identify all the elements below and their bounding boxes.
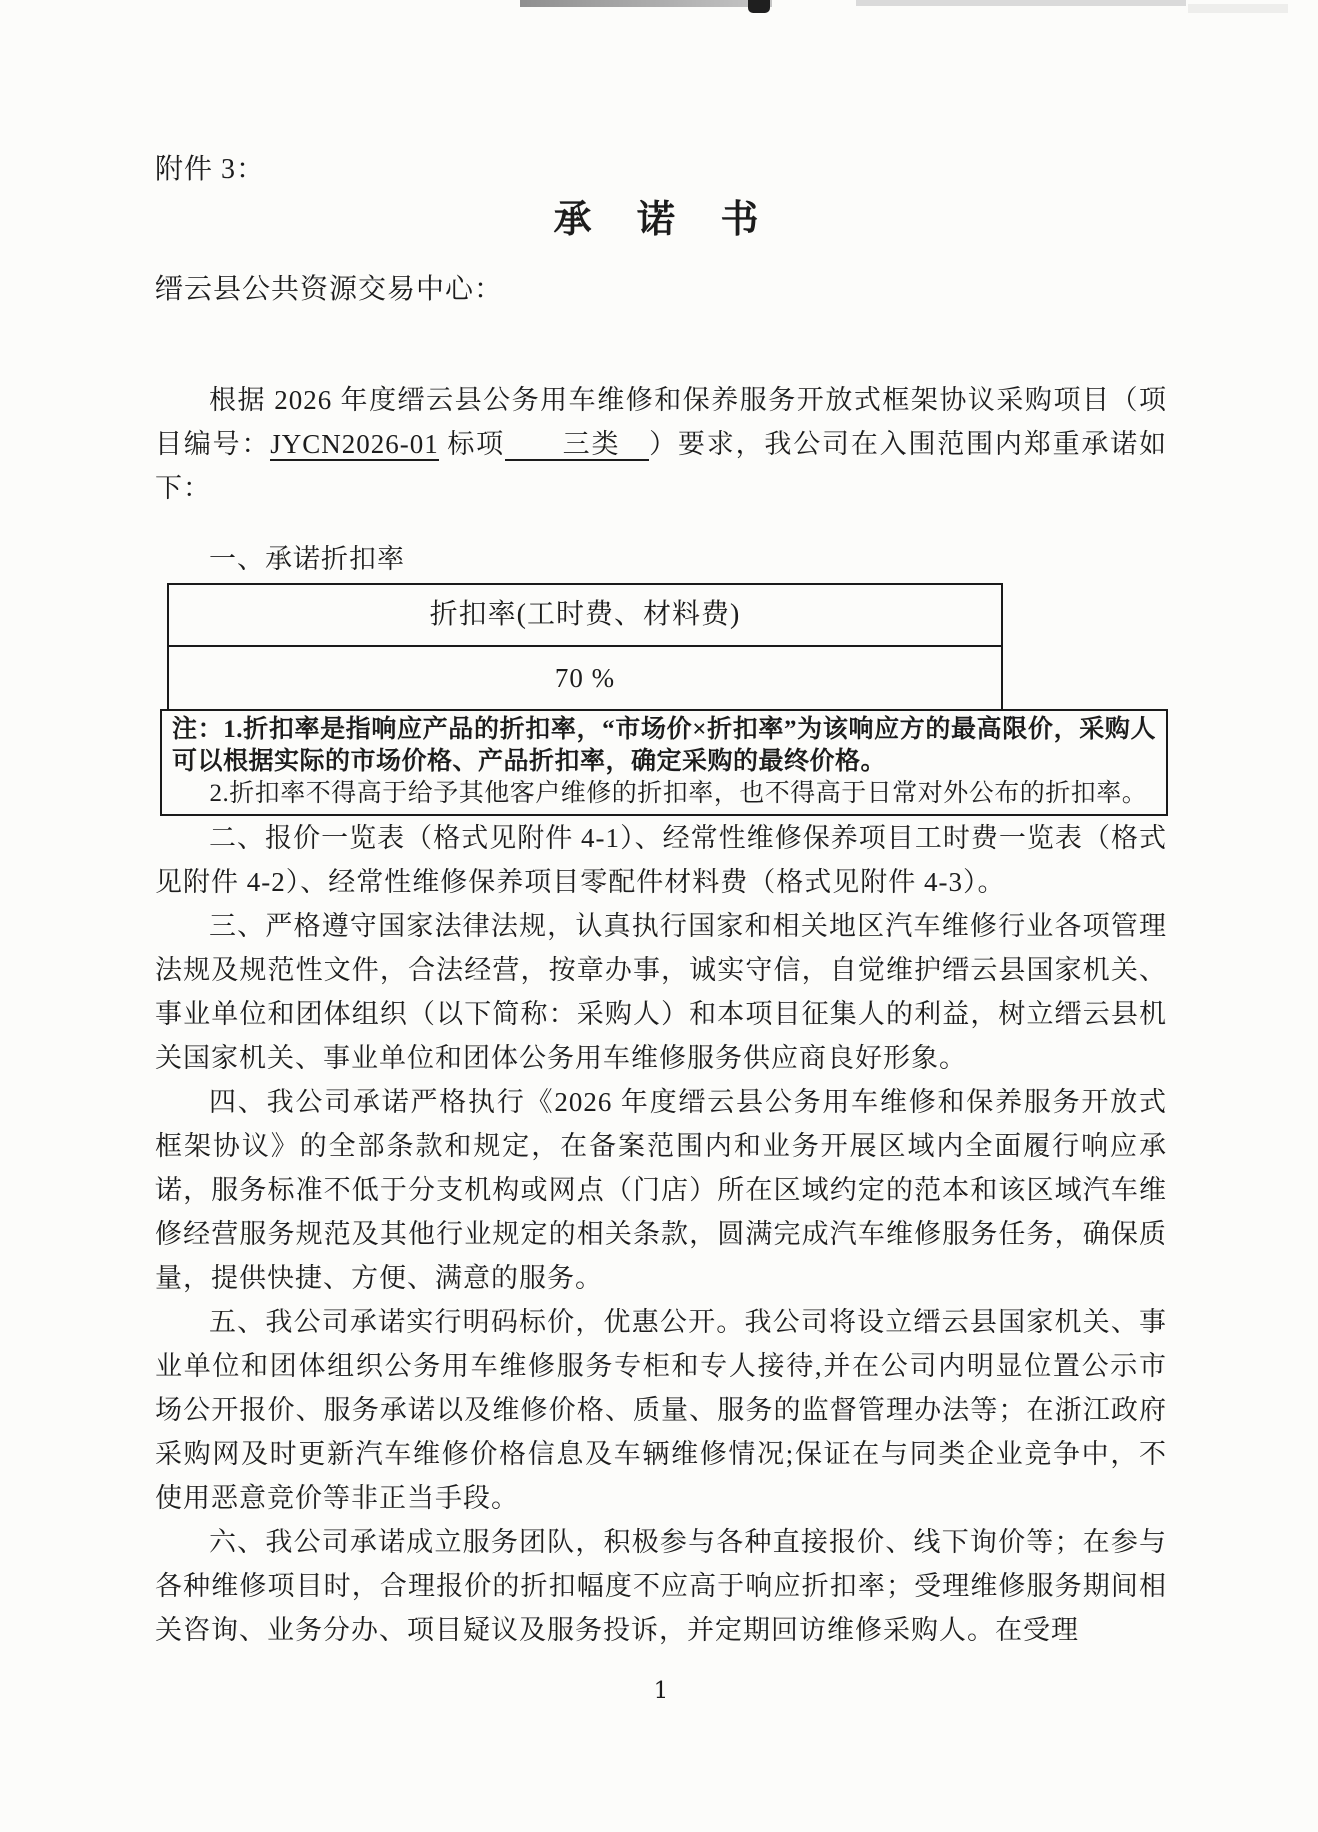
addressee-line: 缙云县公共资源交易中心： — [155, 268, 1167, 312]
section-heading-discount-rate: 一、承诺折扣率 — [155, 537, 1167, 581]
page-title: 承 诺 书 — [155, 192, 1167, 248]
scan-artifact-strip — [856, 0, 1186, 6]
body-paragraph-2: 二、报价一览表（格式见附件 4-1）、经常性维修保养项目工时费一览表（格式见附件… — [155, 816, 1167, 904]
body-paragraph-3: 三、严格遵守国家法律法规，认真执行国家和相关地区汽车维修行业各项管理法规及规范性… — [155, 904, 1167, 1080]
table-note-2: 2.折扣率不得高于给予其他客户维修的折扣率，也不得高于日常对外公布的折扣率。 — [172, 778, 1156, 810]
body-paragraph-6: 六、我公司承诺成立服务团队，积极参与各种直接报价、线下询价等；在参与各种维修项目… — [155, 1520, 1167, 1652]
project-code-underlined: JYCN2026-01 — [270, 429, 439, 461]
discount-rate-value: 70 % — [169, 647, 1001, 709]
discount-rate-table: 折扣率(工时费、材料费) 70 % 注：1.折扣率是指响应产品的折扣率，“市场价… — [155, 583, 1167, 816]
page-number: 1 — [155, 1678, 1167, 1704]
lot-value-underlined: 三类 — [505, 429, 649, 461]
scan-artifact-strip — [520, 0, 772, 7]
discount-rate-table-header: 折扣率(工时费、材料费) — [169, 585, 1001, 647]
discount-rate-table-note: 注：1.折扣率是指响应产品的折扣率，“市场价×折扣率”为该响应方的最高限价，采购… — [160, 709, 1168, 816]
table-note-1: 注：1.折扣率是指响应产品的折扣率，“市场价×折扣率”为该响应方的最高限价，采购… — [172, 714, 1156, 778]
body-paragraph-4: 四、我公司承诺严格执行《2026 年度缙云县公务用车维修和保养服务开放式框架协议… — [155, 1080, 1167, 1300]
attachment-label: 附件 3： — [155, 148, 1167, 192]
scanned-document-page: 附件 3： 承 诺 书 缙云县公共资源交易中心： 根据 2026 年度缙云县公务… — [0, 0, 1318, 1832]
body-paragraph-5: 五、我公司承诺实行明码标价，优惠公开。我公司将设立缙云县国家机关、事业单位和团体… — [155, 1300, 1167, 1520]
discount-rate-table-upper: 折扣率(工时费、材料费) 70 % — [167, 583, 1003, 709]
scan-artifact-smudge — [1188, 4, 1288, 13]
lot-label: 标项 — [439, 429, 505, 459]
intro-paragraph: 根据 2026 年度缙云县公务用车维修和保养服务开放式框架协议采购项目（项目编号… — [155, 378, 1167, 510]
scan-artifact-mark — [748, 0, 770, 13]
document-content: 附件 3： 承 诺 书 缙云县公共资源交易中心： 根据 2026 年度缙云县公务… — [155, 148, 1167, 1652]
